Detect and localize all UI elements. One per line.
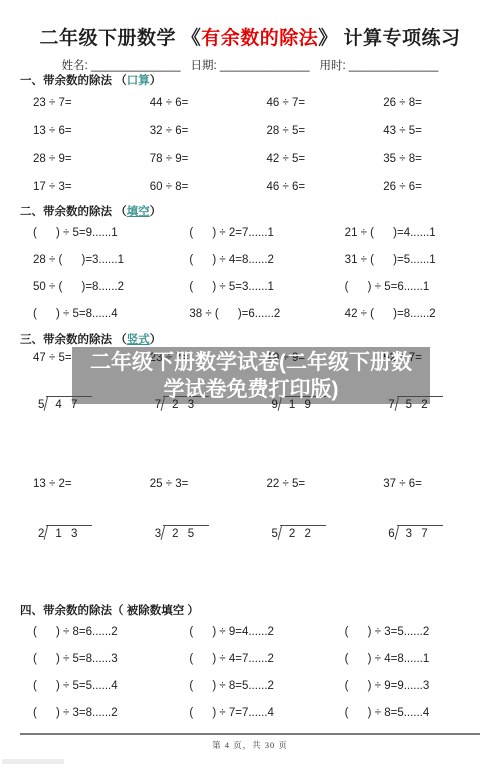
section-number: 三、 [20, 334, 43, 346]
section-tag: 被除数填空 [127, 605, 185, 617]
problem: 13 ÷ 6= [33, 125, 150, 137]
section-fill-blank: 二、带余数的除法 （填空） ( ) ÷ 5=9......1 ( ) ÷ 2=7… [0, 203, 500, 335]
problem: ( ) ÷ 9=9......3 [345, 680, 500, 692]
paren-open: （ [115, 206, 127, 218]
problem: 44 ÷ 6= [150, 97, 267, 109]
section-title: 带余数的除法 [43, 75, 115, 87]
problem: 46 ÷ 7= [267, 97, 384, 109]
problem: ( ) ÷ 5=9......1 [33, 227, 189, 239]
problem: 21 ÷ ( )=4......1 [345, 227, 500, 239]
section-oral: 一、带余数的除法 （口算） 23 ÷ 7= 44 ÷ 6= 46 ÷ 7= 26… [0, 72, 500, 209]
name-field: 姓名: ______________ [62, 60, 181, 72]
date-blank: ______________ [220, 60, 310, 72]
problem: ( ) ÷ 2=7......1 [189, 227, 344, 239]
problem: 25 ÷ 3= [150, 478, 267, 490]
long-division: 21 3 [33, 525, 150, 540]
problem-row: 13 ÷ 6= 32 ÷ 6= 28 ÷ 5= 43 ÷ 5= [0, 125, 500, 153]
problem: ( ) ÷ 8=6......2 [33, 626, 189, 638]
time-field: 用时: ______________ [319, 60, 438, 72]
problem: ( ) ÷ 5=3......1 [189, 281, 344, 293]
section-tag: 填空 [127, 206, 150, 218]
paren-open: （ [112, 605, 127, 617]
section-number: 四、 [20, 605, 43, 617]
date-field: 日期: ______________ [191, 60, 310, 72]
name-blank: ______________ [91, 60, 181, 72]
problem: 46 ÷ 6= [267, 181, 384, 193]
problem-row: 13 ÷ 2= 25 ÷ 3= 22 ÷ 5= 37 ÷ 6= [0, 478, 500, 490]
watermark-line1: 二年级下册数学试卷(二年级下册数 [90, 351, 412, 374]
problem: 28 ÷ 9= [33, 153, 150, 165]
section-number: 二、 [20, 206, 43, 218]
problem: ( ) ÷ 4=8......2 [189, 254, 344, 266]
problem: 60 ÷ 8= [150, 181, 267, 193]
problem-row: ( ) ÷ 8=6......2 ( ) ÷ 9=4......2 ( ) ÷ … [0, 626, 500, 653]
paren-close: ） [150, 334, 162, 346]
problem-row: ( ) ÷ 5=8......3 ( ) ÷ 4=7......2 ( ) ÷ … [0, 653, 500, 680]
footer-divider [20, 733, 480, 735]
problem-row: 23 ÷ 7= 44 ÷ 6= 46 ÷ 7= 26 ÷ 8= [0, 97, 500, 125]
time-blank: ______________ [349, 60, 439, 72]
long-division: 52 2 [267, 525, 384, 540]
problem-row: ( ) ÷ 5=9......1 ( ) ÷ 2=7......1 21 ÷ (… [0, 227, 500, 254]
problem: ( ) ÷ 4=7......2 [189, 653, 344, 665]
problem: 43 ÷ 5= [383, 125, 500, 137]
dividend: 1 3 [46, 525, 92, 540]
problem: 42 ÷ ( )=8......2 [345, 308, 500, 320]
dividend: 2 2 [280, 525, 326, 540]
watermark-line2: 学试卷免费打印版) [164, 378, 339, 401]
problem: 28 ÷ 5= [267, 125, 384, 137]
title-part1: 二年级下册数学 《 [39, 28, 201, 49]
problem-row: ( ) ÷ 3=8......2 ( ) ÷ 7=7......4 ( ) ÷ … [0, 707, 500, 734]
problem: ( ) ÷ 4=8......1 [345, 653, 500, 665]
section-title: 带余数的除法 [43, 334, 115, 346]
problem: ( ) ÷ 5=6......1 [345, 281, 500, 293]
paren-open: （ [115, 75, 127, 87]
name-label: 姓名: [62, 60, 88, 72]
problem: ( ) ÷ 8=5......2 [189, 680, 344, 692]
date-label: 日期: [191, 60, 217, 72]
paren-close: ） [150, 75, 162, 87]
paren-close: ） [184, 605, 199, 617]
section-title: 带余数的除法 [43, 206, 115, 218]
problem: 38 ÷ ( )=6......2 [189, 308, 344, 320]
watermark-text: 二年级下册数学试卷(二年级下册数学试卷免费打印版) [72, 347, 430, 404]
problem: 35 ÷ 8= [383, 153, 500, 165]
problem-row: 28 ÷ 9= 78 ÷ 9= 42 ÷ 5= 35 ÷ 8= [0, 153, 500, 181]
section-tag: 竖式 [127, 334, 150, 346]
problem-row: 50 ÷ ( )=8......2 ( ) ÷ 5=3......1 ( ) ÷… [0, 281, 500, 308]
problem: 13 ÷ 2= [33, 478, 150, 490]
dividend: 3 7 [397, 525, 443, 540]
section-dividend-fill-header: 四、带余数的除法（ 被除数填空 ） [0, 602, 500, 616]
section-oral-header: 一、带余数的除法 （口算） [0, 72, 500, 86]
section-number: 一、 [20, 75, 43, 87]
section-fill-blank-header: 二、带余数的除法 （填空） [0, 203, 500, 217]
problem-row: 28 ÷ ( )=3......1 ( ) ÷ 4=8......2 31 ÷ … [0, 254, 500, 281]
paren-close: ） [150, 206, 162, 218]
problem: ( ) ÷ 3=5......2 [345, 626, 500, 638]
info-line: 姓名: ______________日期: ______________用时: … [0, 57, 500, 73]
long-division: 63 7 [383, 525, 500, 540]
problem: 17 ÷ 3= [33, 181, 150, 193]
page-number: 第 4 页，共 30 页 [0, 739, 500, 751]
divisor: 6 [388, 528, 394, 540]
problem: 28 ÷ ( )=3......1 [33, 254, 189, 266]
problem: 31 ÷ ( )=5......1 [345, 254, 500, 266]
problem: ( ) ÷ 7=7......4 [189, 707, 344, 719]
problem: 78 ÷ 9= [150, 153, 267, 165]
problem: ( ) ÷ 5=8......3 [33, 653, 189, 665]
problem: ( ) ÷ 5=5......4 [33, 680, 189, 692]
problem: 32 ÷ 6= [150, 125, 267, 137]
problem: ( ) ÷ 8=5......4 [345, 707, 500, 719]
long-division-row: 21 3 32 5 52 2 63 7 [0, 525, 500, 540]
problem: 26 ÷ 6= [383, 181, 500, 193]
section-dividend-fill: 四、带余数的除法（ 被除数填空 ） ( ) ÷ 8=6......2 ( ) ÷… [0, 602, 500, 734]
long-division: 32 5 [150, 525, 267, 540]
section-title: 带余数的除法 [43, 605, 112, 617]
title-part2: 》 计算专项练习 [318, 28, 460, 49]
problem-row: ( ) ÷ 5=5......4 ( ) ÷ 8=5......2 ( ) ÷ … [0, 680, 500, 707]
problem: ( ) ÷ 9=4......2 [189, 626, 344, 638]
problem: 22 ÷ 5= [267, 478, 384, 490]
section-tag: 口算 [127, 75, 150, 87]
problem: 23 ÷ 7= [33, 97, 150, 109]
paren-open: （ [115, 334, 127, 346]
problem: ( ) ÷ 5=8......4 [33, 308, 189, 320]
problem: 26 ÷ 8= [383, 97, 500, 109]
faint-corner-watermark [2, 759, 64, 764]
title-highlight: 有余数的除法 [201, 28, 318, 49]
problem: 37 ÷ 6= [383, 478, 500, 490]
worksheet-page: 二年级下册数学 《有余数的除法》 计算专项练习 姓名: ____________… [0, 0, 500, 770]
page-title: 二年级下册数学 《有余数的除法》 计算专项练习 [0, 23, 500, 50]
section-vertical-form-header: 三、带余数的除法 （竖式） [0, 331, 500, 345]
problem: 50 ÷ ( )=8......2 [33, 281, 189, 293]
time-label: 用时: [319, 60, 345, 72]
dividend: 2 5 [163, 525, 209, 540]
problem: ( ) ÷ 3=8......2 [33, 707, 189, 719]
problem: 42 ÷ 5= [267, 153, 384, 165]
